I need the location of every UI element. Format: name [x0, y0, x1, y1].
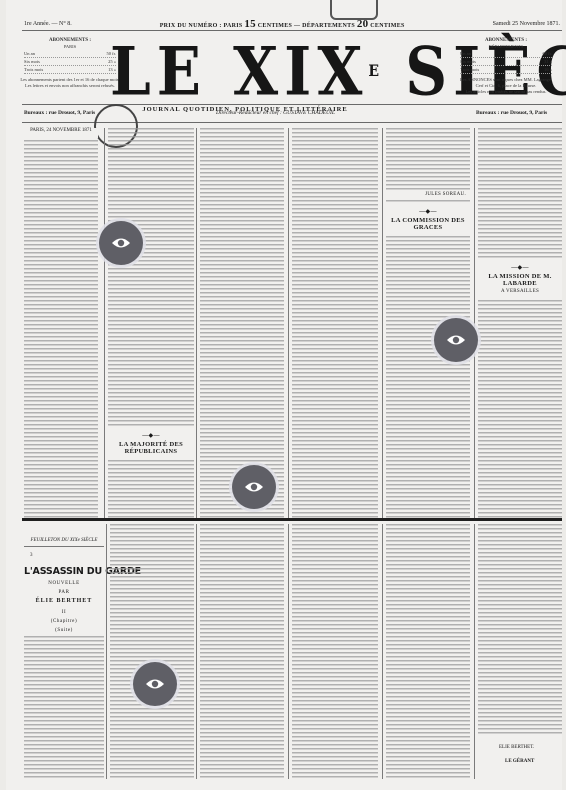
divider	[22, 30, 562, 31]
article-columns: PARIS, 24 NOVEMBRE 1871 —◆—LA MAJORITÉ D…	[24, 128, 562, 518]
bureau-left: Bureaux : rue Drouot, 9, Paris	[24, 110, 95, 116]
signature-soreau: JULES SOREAU.	[386, 190, 470, 199]
headline-majorite: —◆—LA MAJORITÉ DES RÉPUBLICAINS	[108, 428, 194, 459]
issue-date: Samedi 25 Novembre 1871.	[493, 21, 560, 27]
bottom-column-6	[478, 524, 562, 734]
ink-stamp-top	[330, 0, 378, 20]
newspaper-page: 1re Année. — N° 8. PRIX DU NUMÉRO : PARI…	[6, 0, 562, 790]
eye-icon	[446, 333, 466, 347]
bottom-column-3	[200, 524, 284, 779]
footer-signature: ELIE BERTHET.	[496, 744, 537, 751]
eye-icon	[244, 480, 264, 494]
newspaper-title: LE XIXE SIÈCLE	[110, 38, 380, 105]
eye-icon	[145, 677, 165, 691]
column-6: —◆—LA MISSION DE M. LABARDE A VERSAILLES	[478, 128, 562, 518]
view-region-button-4[interactable]	[133, 662, 177, 706]
eye-icon	[111, 236, 131, 250]
bureau-right: Bureaux : rue Drouot, 9, Paris	[476, 110, 547, 116]
bottom-column-2	[110, 524, 194, 779]
top-info-line: 1re Année. — N° 8. PRIX DU NUMÉRO : PARI…	[24, 18, 560, 30]
column-1: PARIS, 24 NOVEMBRE 1871	[24, 128, 98, 518]
view-region-button-3[interactable]	[232, 465, 276, 509]
headline-mission: —◆—LA MISSION DE M. LABARDE A VERSAILLES	[478, 260, 562, 298]
divider	[22, 104, 562, 105]
director-line: Directeur-Rédacteur en chef : GUSTAVE CH…	[216, 110, 335, 116]
view-region-button-2[interactable]	[434, 318, 478, 362]
subscriptions-left: ABONNEMENTS : PARIS Un an50 fr. Six mois…	[20, 38, 120, 89]
masthead: LE XIXE SIÈCLE JOURNAL QUOTIDIEN, POLITI…	[110, 38, 380, 113]
subscriptions-right: ABONNEMENTS : DÉPARTEMENTS Un an60 fr. S…	[456, 38, 556, 95]
view-region-button-1[interactable]	[99, 221, 143, 265]
headline-commission: —◆—LA COMMISSION DES GRACES	[386, 204, 470, 235]
feuilleton-title: L'ASSASSIN DU GARDE	[24, 566, 104, 577]
column-4	[292, 128, 378, 518]
feuilleton: FEUILLETON DU XIXe SIÈCLE 3 L'ASSASSIN D…	[24, 524, 104, 779]
feuilleton-rule	[22, 518, 562, 521]
bottom-column-4	[292, 524, 378, 779]
column-3	[200, 128, 284, 518]
column-2: —◆—LA MAJORITÉ DES RÉPUBLICAINS	[108, 128, 194, 518]
price-line: PRIX DU NUMÉRO : PARIS 15 CENTIMES — DÉP…	[160, 18, 405, 30]
dateline: PARIS, 24 NOVEMBRE 1871	[24, 128, 98, 138]
feuilleton-author: ÉLIE BERTHET	[24, 598, 104, 604]
year-issue: 1re Année. — N° 8.	[24, 21, 72, 27]
feuilleton-label: FEUILLETON DU XIXe SIÈCLE	[24, 538, 104, 547]
footer-gerant: LE GÉRANT	[502, 758, 537, 765]
bottom-section: FEUILLETON DU XIXe SIÈCLE 3 L'ASSASSIN D…	[24, 524, 562, 779]
bottom-column-5	[386, 524, 470, 779]
